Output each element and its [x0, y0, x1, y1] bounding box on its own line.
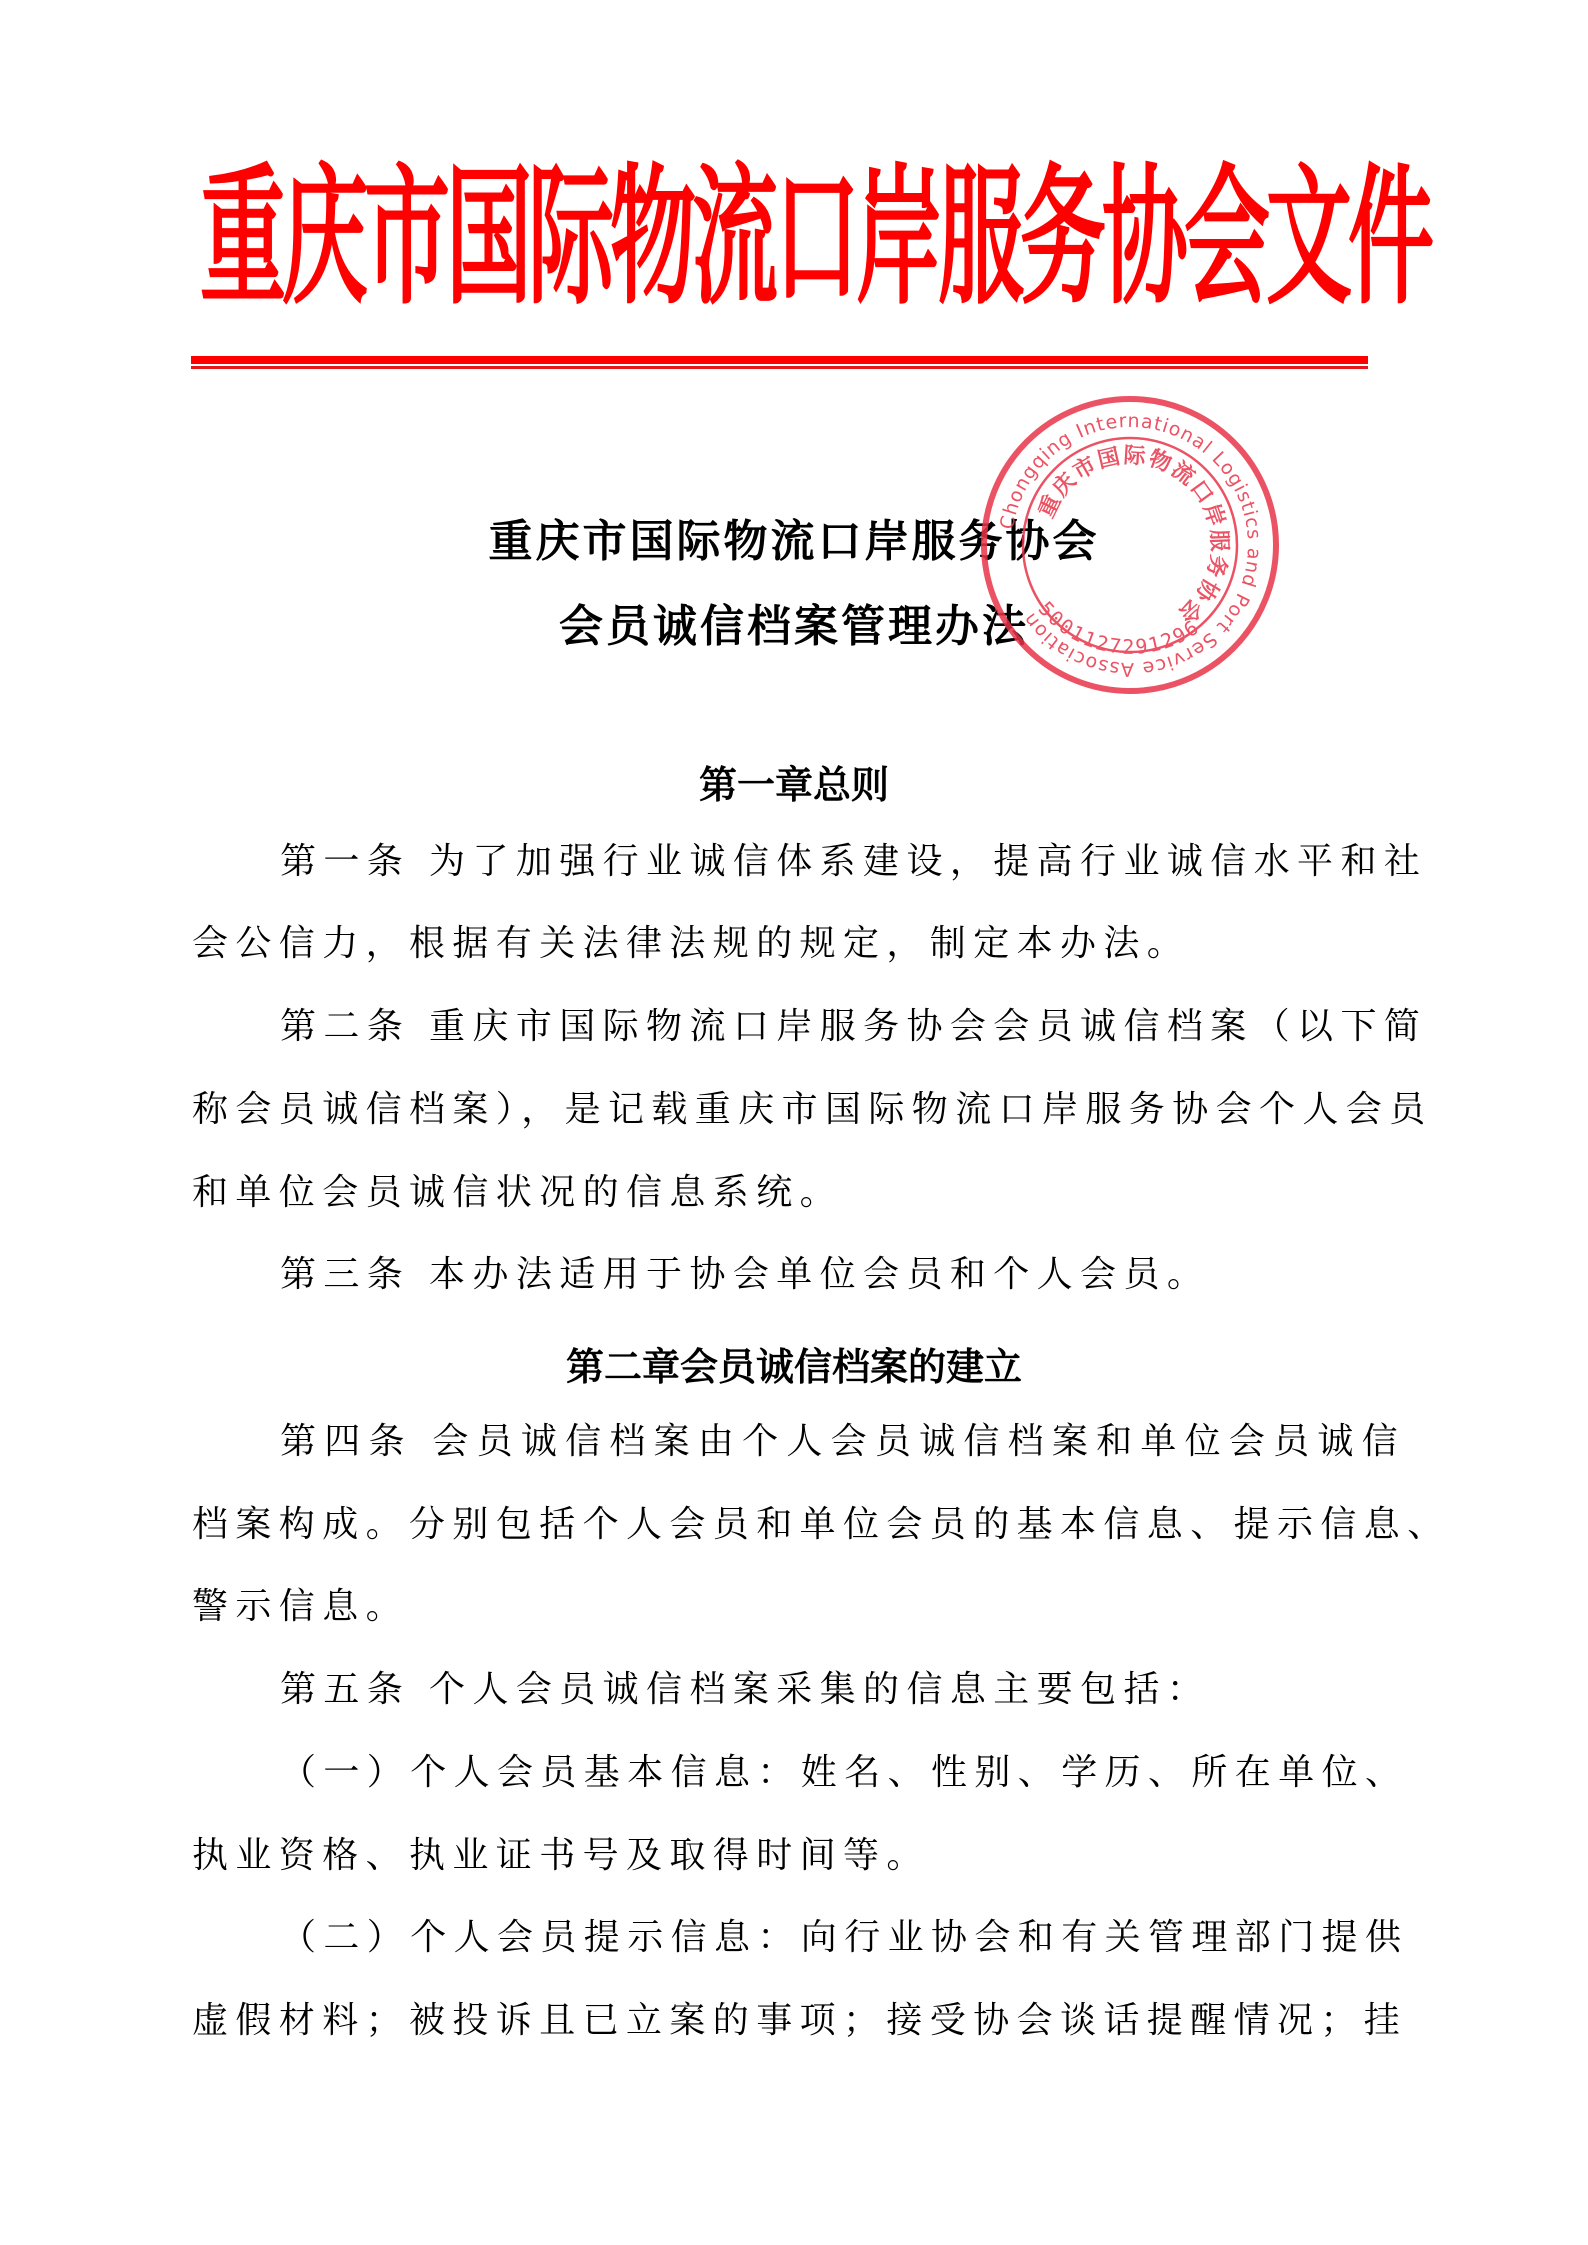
document-title-line-2: 会员诚信档案管理办法 — [0, 590, 1588, 654]
article-5-item-1-line-1: （一）个人会员基本信息：姓名、性别、学历、所在单位、 — [280, 1751, 1405, 1795]
article-4-line-1: 第四条 会员诚信档案由个人会员诚信档案和单位会员诚信 — [280, 1420, 1405, 1464]
header-divider-thin — [191, 366, 1368, 369]
chapter-heading-1: 第一章总则 — [0, 754, 1588, 809]
header-divider-thick — [191, 356, 1368, 364]
chapter-heading-2: 第二章会员诚信档案的建立 — [0, 1336, 1588, 1391]
org-file-header-title: 重庆市国际物流口岸服务协会文件 — [200, 86, 1390, 392]
article-4-line-3: 警示信息。 — [192, 1585, 1405, 1629]
document-title-line-1: 重庆市国际物流口岸服务协会 — [0, 505, 1588, 569]
article-2-line-3: 和单位会员诚信状况的信息系统。 — [192, 1171, 1405, 1215]
article-5-item-1-line-2: 执业资格、执业证书号及取得时间等。 — [192, 1834, 1405, 1878]
article-1-line-2: 会公信力，根据有关法律法规的规定，制定本办法。 — [192, 922, 1405, 966]
article-4-line-2: 档案构成。分别包括个人会员和单位会员的基本信息、提示信息、 — [192, 1503, 1405, 1547]
article-1-line-1: 第一条 为了加强行业诚信体系建设，提高行业诚信水平和社 — [280, 840, 1405, 884]
article-2-line-1: 第二条 重庆市国际物流口岸服务协会会员诚信档案（以下简 — [280, 1005, 1405, 1049]
article-3-line-1: 第三条 本办法适用于协会单位会员和个人会员。 — [280, 1253, 1405, 1297]
article-2-line-2: 称会员诚信档案），是记载重庆市国际物流口岸服务协会个人会员 — [192, 1088, 1405, 1132]
article-5-item-2-line-2: 虚假材料；被投诉且已立案的事项；接受协会谈话提醒情况；挂 — [192, 1999, 1405, 2043]
article-5-item-2-line-1: （二）个人会员提示信息：向行业协会和有关管理部门提供 — [280, 1916, 1405, 1960]
article-5-line-1: 第五条 个人会员诚信档案采集的信息主要包括： — [280, 1668, 1405, 1712]
